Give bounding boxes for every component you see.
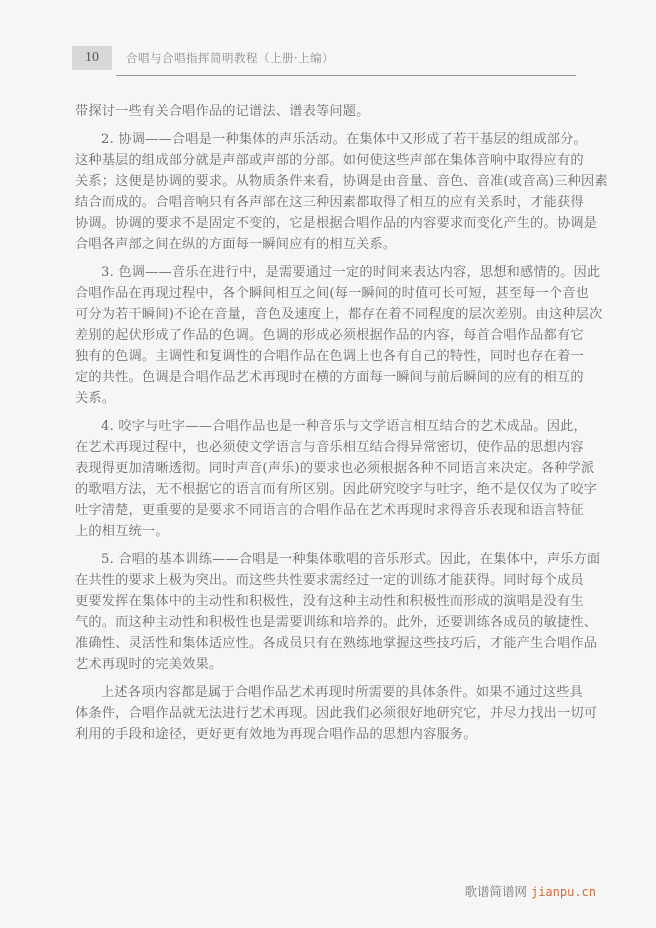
text-line: 艺术再现时的完美效果。 <box>75 654 575 675</box>
text-line: 利用的手段和途径，更好更有效地为再现合唱作品的思想内容服务。 <box>75 724 575 745</box>
page-header: 10 合唱与合唱指挥简明教程（上册·上编） <box>72 46 576 76</box>
running-title: 合唱与合唱指挥简明教程（上册·上编） <box>126 50 334 66</box>
text-line: 合唱作品在再现过程中，各个瞬间相互之间(每一瞬间的时值可长可短，甚至每一个音也 <box>75 283 575 304</box>
text-line: 这种基层的组成部分就是声部或声部的分部。如何使这些声部在集体音响中取得应有的 <box>75 150 575 171</box>
watermark-domain: jianpu.cn <box>531 885 596 899</box>
page-number: 10 <box>72 46 112 70</box>
text-line: 定的共性。色调是合唱作品艺术再现时在横的方面每一瞬间与前后瞬间的应有的相互的 <box>75 367 575 388</box>
text-line: 的歌唱方法，无不根据它的语言而有所区别。因此研究咬字与吐字，绝不是仅仅为了咬字 <box>75 479 575 500</box>
paragraph: 上述各项内容都是属于合唱作品艺术再现时所需要的具体条件。如果不通过这些具体条件，… <box>75 682 575 745</box>
body-text: 带探讨一些有关合唱作品的记谱法、谱表等问题。2. 协调——合唱是一种集体的声乐活… <box>75 101 575 752</box>
text-line: 2. 协调——合唱是一种集体的声乐活动。在集体中又形成了若干基层的组成部分。 <box>75 129 575 150</box>
text-line: 表现得更加清晰透彻。同时声音(声乐)的要求也必须根据各种不同语言来决定。各种学派 <box>75 458 575 479</box>
watermark: 歌谱简谱网 jianpu.cn <box>464 882 596 900</box>
text-line: 结合而成的。合唱音响只有各声部在这三种因素都取得了相互的应有关系时，才能获得 <box>75 192 575 213</box>
paragraph: 3. 色调——音乐在进行中，是需要通过一定的时间来表达内容，思想和感情的。因此合… <box>75 262 575 409</box>
text-line: 在共性的要求上极为突出。而这些共性要求需经过一定的训练才能获得。同时每个成员 <box>75 570 575 591</box>
text-line: 上述各项内容都是属于合唱作品艺术再现时所需要的具体条件。如果不通过这些具 <box>75 682 575 703</box>
text-line: 合唱各声部之间在纵的方面每一瞬间应有的相互关系。 <box>75 234 575 255</box>
paragraph: 2. 协调——合唱是一种集体的声乐活动。在集体中又形成了若干基层的组成部分。这种… <box>75 129 575 255</box>
header-rule <box>116 75 576 76</box>
text-line: 关系。 <box>75 388 575 409</box>
text-line: 更要发挥在集体中的主动性和积极性，没有这种主动性和积极性而形成的演唱是没有生 <box>75 591 575 612</box>
text-line: 可分为若干瞬间)不论在音量，音色及速度上，都存在着不同程度的层次差别。由这种层次 <box>75 304 575 325</box>
text-line: 协调。协调的要求不是固定不变的，它是根据合唱作品的内容要求而变化产生的。协调是 <box>75 213 575 234</box>
text-line: 差别的起伏形成了作品的色调。色调的形成必须根据作品的内容，每首合唱作品都有它 <box>75 325 575 346</box>
text-line: 上的相互统一。 <box>75 521 575 542</box>
text-line: 准确性、灵活性和集体适应性。各成员只有在熟练地掌握这些技巧后，才能产生合唱作品 <box>75 633 575 654</box>
text-line: 3. 色调——音乐在进行中，是需要通过一定的时间来表达内容，思想和感情的。因此 <box>75 262 575 283</box>
text-line: 带探讨一些有关合唱作品的记谱法、谱表等问题。 <box>75 101 575 122</box>
text-line: 吐字清楚，更重要的是要求不同语言的合唱作品在艺术再现时求得音乐表现和语言特征 <box>75 500 575 521</box>
text-line: 体条件，合唱作品就无法进行艺术再现。因此我们必须很好地研究它，并尽力找出一切可 <box>75 703 575 724</box>
paragraph: 4. 咬字与吐字——合唱作品也是一种音乐与文学语言相互结合的艺术成品。因此，在艺… <box>75 416 575 542</box>
text-line: 5. 合唱的基本训练——合唱是一种集体歌唱的音乐形式。因此，在集体中，声乐方面 <box>75 549 575 570</box>
paragraph: 带探讨一些有关合唱作品的记谱法、谱表等问题。 <box>75 101 575 122</box>
paragraph: 5. 合唱的基本训练——合唱是一种集体歌唱的音乐形式。因此，在集体中，声乐方面在… <box>75 549 575 675</box>
text-line: 独有的色调。主调性和复调性的合唱作品在色调上也各有自己的特性，同时也存在着一 <box>75 346 575 367</box>
text-line: 关系；这便是协调的要求。从物质条件来看，协调是由音量、音色、音准(或音高)三种因… <box>75 171 575 192</box>
text-line: 在艺术再现过程中，也必须使文学语言与音乐相互结合得异常密切，使作品的思想内容 <box>75 437 575 458</box>
text-line: 气的。而这种主动性和积极性也是需要训练和培养的。此外，还要训练各成员的敏捷性、 <box>75 612 575 633</box>
watermark-site-name: 歌谱简谱网 <box>464 882 527 900</box>
text-line: 4. 咬字与吐字——合唱作品也是一种音乐与文学语言相互结合的艺术成品。因此， <box>75 416 575 437</box>
